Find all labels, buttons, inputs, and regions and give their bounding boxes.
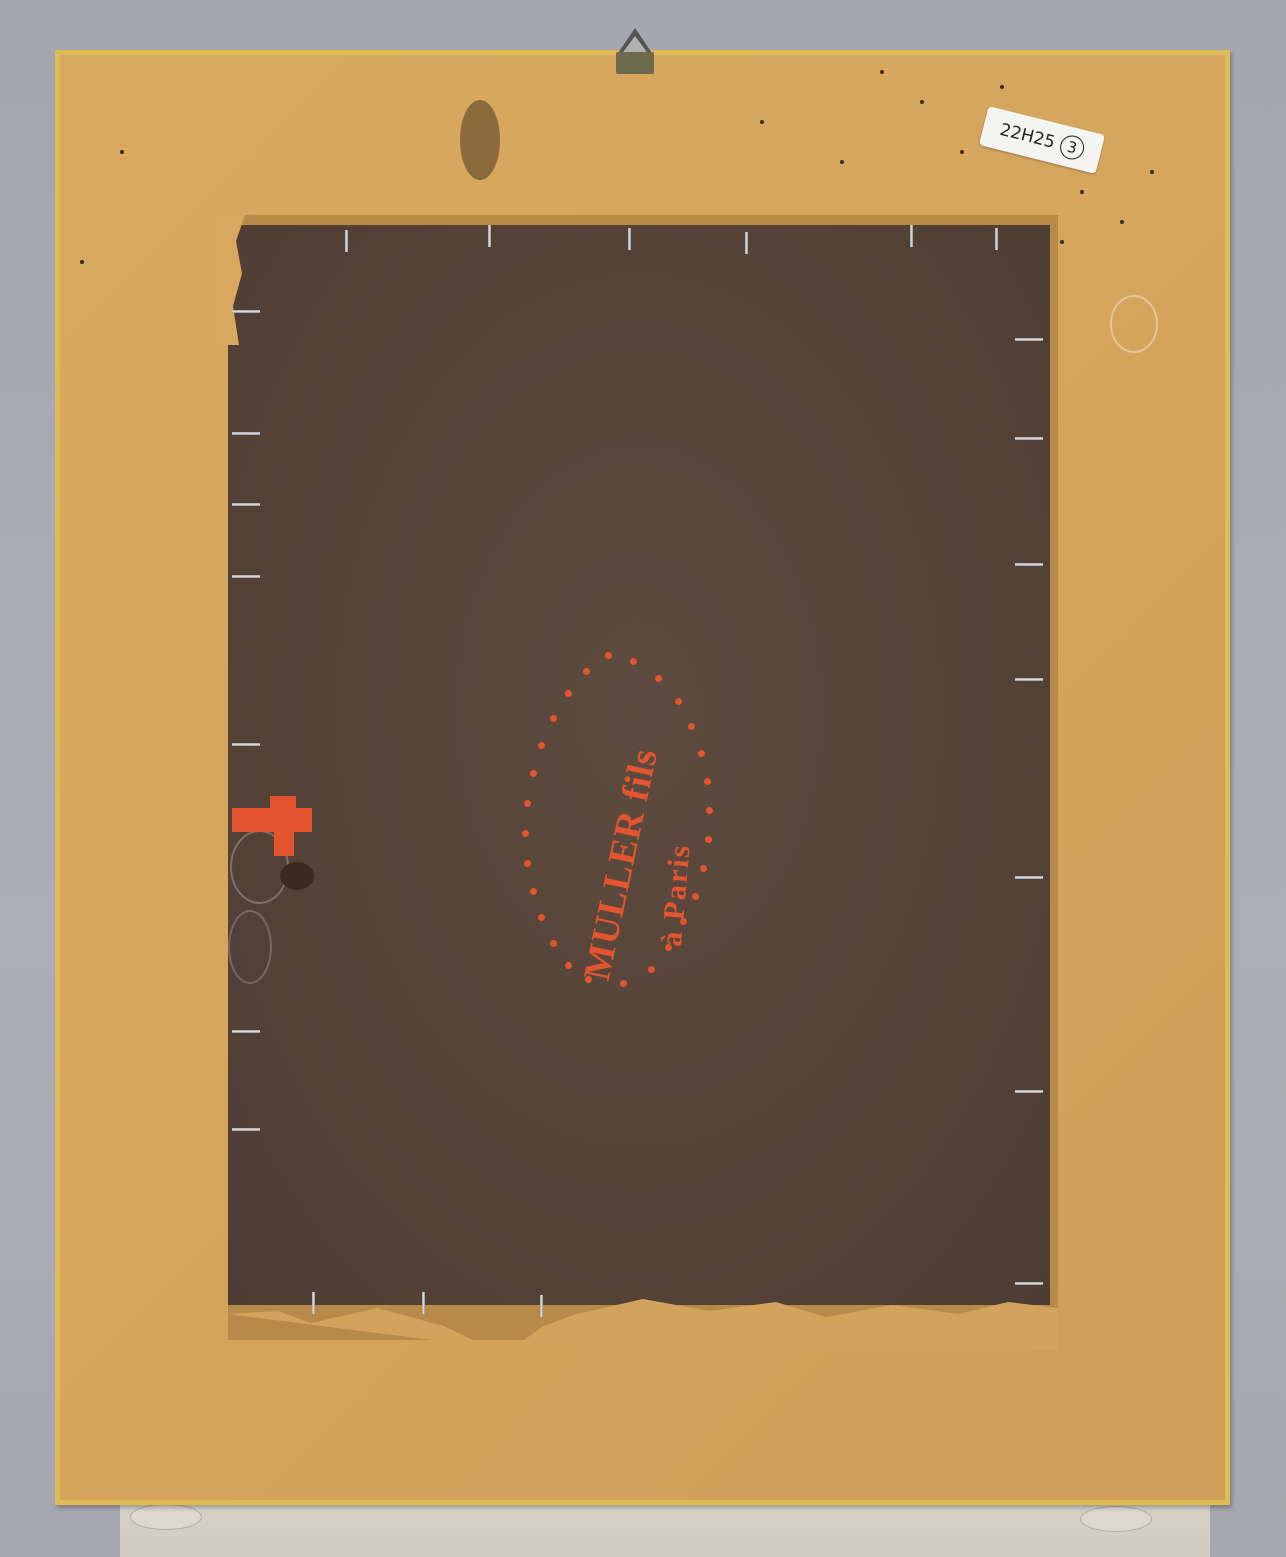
stamp-dot — [565, 690, 572, 697]
splatter — [1120, 220, 1124, 224]
stamp-dot — [648, 966, 655, 973]
nail — [1015, 1090, 1043, 1093]
splatter — [80, 260, 84, 264]
ring-mark — [1110, 295, 1158, 353]
stamp-dot — [565, 962, 572, 969]
nail — [422, 1292, 425, 1314]
hanger-plate — [616, 52, 654, 74]
nail — [1015, 1282, 1043, 1285]
nail — [232, 575, 260, 578]
nail — [232, 1030, 260, 1033]
splatter — [1150, 170, 1154, 174]
nail — [628, 228, 631, 250]
nail — [232, 432, 260, 435]
stamp-dot — [630, 658, 637, 665]
splatter — [1080, 190, 1084, 194]
nail — [745, 232, 748, 254]
stamp-dot — [706, 807, 713, 814]
nail — [232, 743, 260, 746]
display-stand — [120, 1500, 1210, 1557]
splatter — [880, 70, 884, 74]
stamp-dot — [524, 800, 531, 807]
nail — [232, 503, 260, 506]
stamp-dot — [705, 836, 712, 843]
nail — [1015, 338, 1043, 341]
stamp-dot — [704, 778, 711, 785]
nail — [345, 230, 348, 252]
nail — [540, 1295, 543, 1317]
stamp-dot — [550, 715, 557, 722]
splatter — [920, 100, 924, 104]
stamp-dot — [688, 723, 695, 730]
nail — [995, 228, 998, 250]
cross-stem — [274, 832, 294, 856]
stamp-dot — [538, 914, 545, 921]
wire-hanger — [612, 28, 658, 74]
stamp-dot — [583, 668, 590, 675]
stamp-dot — [700, 865, 707, 872]
splatter — [960, 150, 964, 154]
stamp-dot — [550, 940, 557, 947]
stamp-dot — [522, 830, 529, 837]
nail — [1015, 437, 1043, 440]
stamp-dot — [698, 750, 705, 757]
stand-disc — [1080, 1506, 1152, 1532]
splatter — [1060, 240, 1064, 244]
dark-spot — [280, 862, 314, 890]
stamp-dot — [530, 770, 537, 777]
water-stain — [228, 910, 272, 984]
stamp-dot — [538, 742, 545, 749]
stamp-dot — [675, 698, 682, 705]
nail — [232, 1128, 260, 1131]
stamp-dot — [655, 675, 662, 682]
splatter — [760, 120, 764, 124]
stamp-dot — [620, 980, 627, 987]
splatter — [840, 160, 844, 164]
red-cross-mark — [232, 796, 312, 856]
splatter — [120, 150, 124, 154]
nail — [1015, 563, 1043, 566]
nail — [1015, 678, 1043, 681]
dark-stain — [460, 100, 500, 180]
nail — [232, 310, 260, 313]
inventory-number: 22H25 — [998, 120, 1057, 153]
cross-bar — [232, 808, 312, 832]
splatter — [1000, 85, 1004, 89]
nail — [488, 225, 491, 247]
stamp-dot — [524, 860, 531, 867]
stamp-dot — [605, 652, 612, 659]
inventory-circled-number: 3 — [1058, 133, 1087, 162]
nail — [312, 1292, 315, 1314]
stand-disc — [130, 1504, 202, 1530]
stamp-dot — [530, 888, 537, 895]
nail — [910, 225, 913, 247]
nail — [1015, 876, 1043, 879]
